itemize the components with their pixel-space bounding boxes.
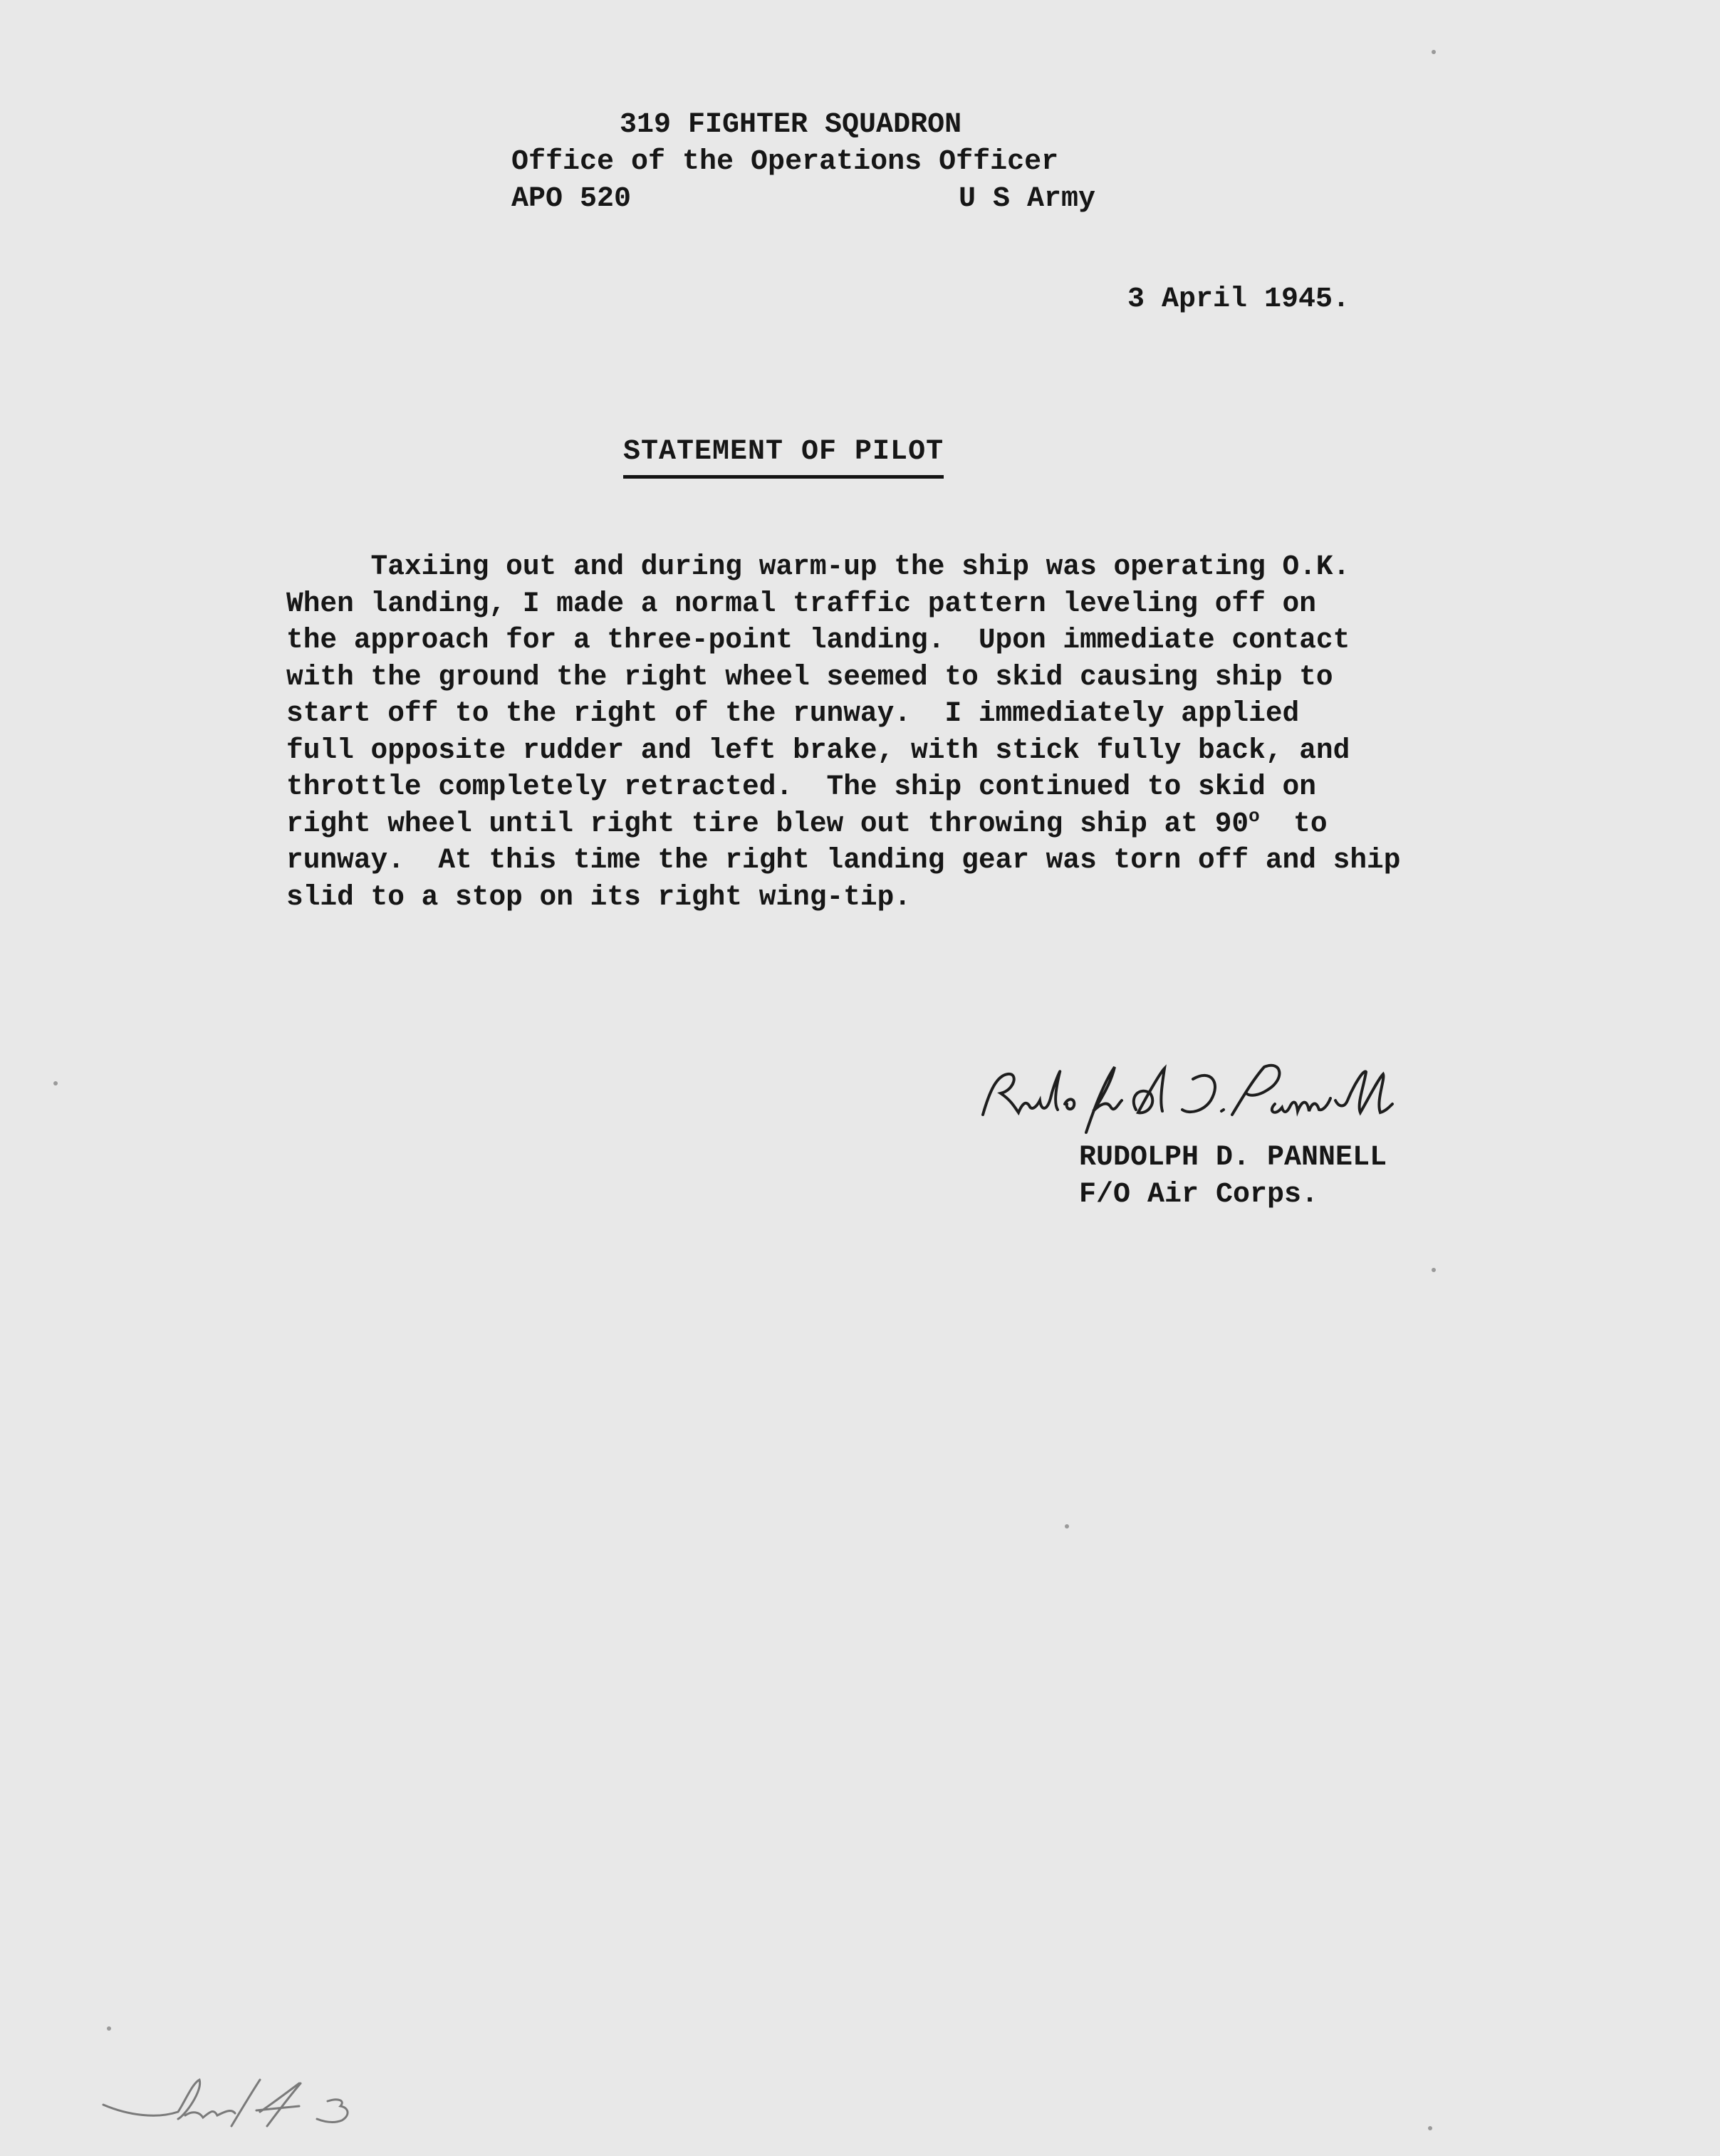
document-page: 319 FIGHTER SQUADRON Office of the Opera… — [0, 0, 1720, 2156]
body-text: right wheel until right tire blew out th… — [286, 808, 1249, 840]
paper-speck — [53, 1081, 58, 1085]
body-text: to — [1260, 808, 1328, 840]
document-title: STATEMENT OF PILOT — [623, 436, 944, 479]
statement-body: Taxiing out and during warm-up the ship … — [286, 548, 1454, 915]
body-line: right wheel until right tire blew out th… — [286, 806, 1454, 843]
address-line: APO 520 U S Army — [511, 181, 1095, 218]
body-line: Taxiing out and during warm-up the ship … — [286, 548, 1454, 585]
body-line: full opposite rudder and left brake, wit… — [286, 732, 1454, 769]
letterhead: 319 FIGHTER SQUADRON Office of the Opera… — [511, 107, 1095, 218]
paper-speck — [1065, 1524, 1069, 1529]
signature-block: RUDOLPH D. PANNELL F/O Air Corps. — [1079, 1140, 1387, 1214]
body-line: throttle completely retracted. The ship … — [286, 769, 1454, 806]
handwritten-annotation — [100, 2076, 427, 2140]
body-line: When landing, I made a normal traffic pa… — [286, 585, 1454, 623]
unit-name: 319 FIGHTER SQUADRON — [511, 107, 1095, 144]
document-date: 3 April 1945. — [1127, 283, 1350, 316]
body-line: runway. At this time the right landing g… — [286, 842, 1454, 879]
signer-rank: F/O Air Corps. — [1079, 1177, 1387, 1214]
body-line: slid to a stop on its right wing-tip. — [286, 879, 1454, 916]
degree-symbol: o — [1249, 806, 1260, 827]
paper-speck — [1432, 1268, 1436, 1272]
paper-speck — [1428, 2126, 1432, 2130]
paper-speck — [1432, 50, 1436, 54]
service-branch: U S Army — [959, 181, 1095, 218]
office-name: Office of the Operations Officer — [511, 144, 1095, 181]
body-line: the approach for a three-point landing. … — [286, 622, 1454, 659]
body-line: with the ground the right wheel seemed t… — [286, 659, 1454, 696]
signer-name: RUDOLPH D. PANNELL — [1079, 1140, 1387, 1177]
handwritten-signature — [976, 1061, 1439, 1140]
body-line: start off to the right of the runway. I … — [286, 695, 1454, 732]
paper-speck — [107, 2026, 111, 2031]
apo-number: APO 520 — [511, 181, 631, 218]
